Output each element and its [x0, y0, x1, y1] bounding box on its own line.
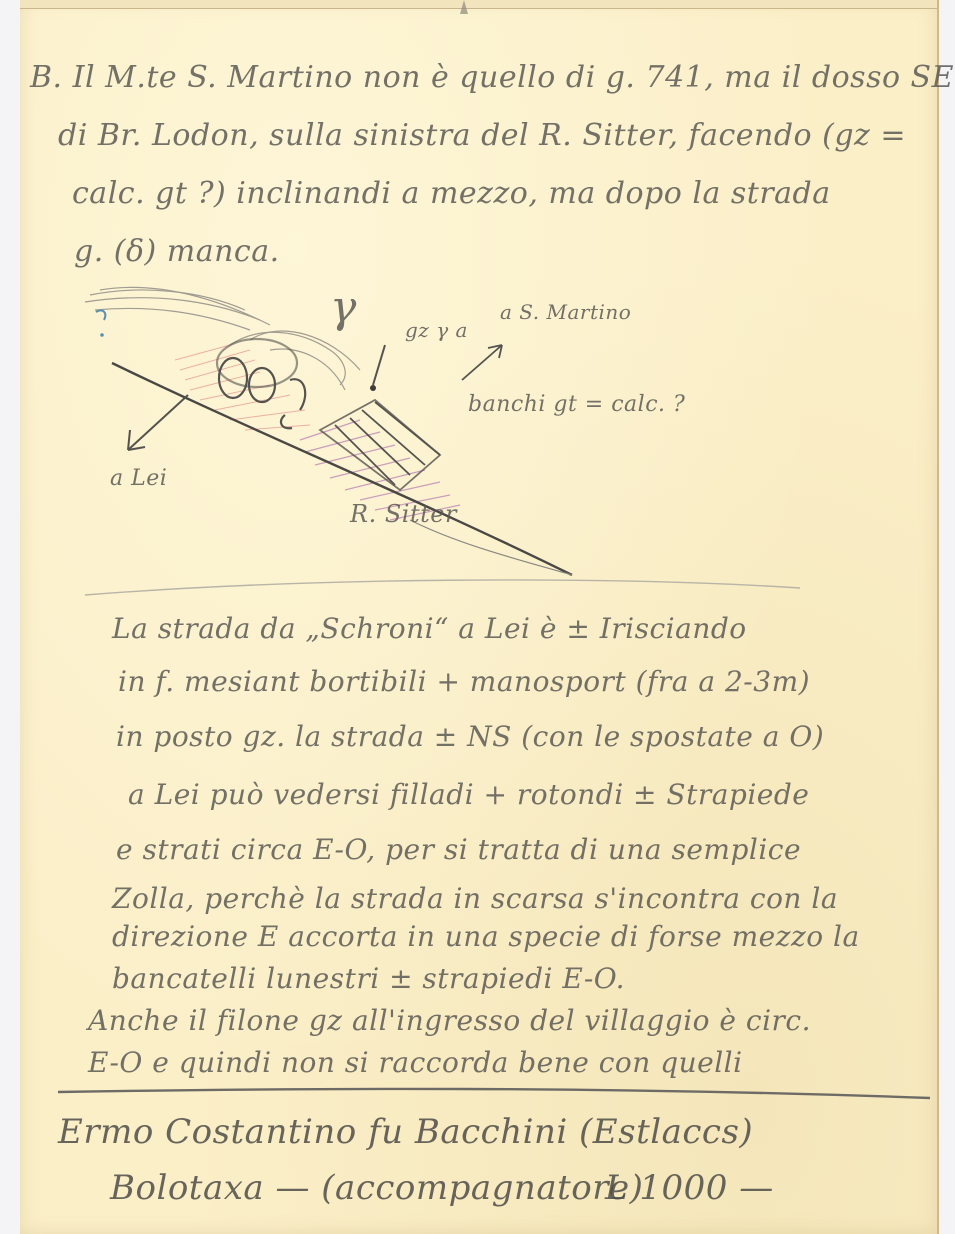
bottom-note-amount: L 1000 — [605, 1168, 774, 1208]
middle-note-line-10: E-O e quindi non si raccorda bene con qu… [88, 1046, 743, 1079]
sketch-label-r-sitter: R. Sitter [350, 500, 457, 528]
middle-note-line-9: Anche il filone gz all'ingresso del vill… [88, 1004, 811, 1037]
middle-note-line-6: Zolla, perchè la strada in scarsa s'inco… [112, 882, 838, 915]
bottom-note-line-2: Bolotaxa — (accompagnatore) [110, 1168, 643, 1208]
sketch-label-gz: gz γ a [405, 318, 468, 342]
sketch-label-to-s-martino: a S. Martino [500, 300, 631, 324]
middle-note-line-7: direzione E accorta in una specie di for… [112, 920, 860, 953]
sketch-label-gamma: γ [330, 282, 357, 333]
middle-note-line-2: in f. mesiant bortibili + manosport (fra… [118, 665, 810, 698]
middle-note-line-3: in posto gz. la strada ± NS (con le spos… [116, 720, 824, 753]
middle-note-line-8: bancatelli lunestri ± strapiedi E-O. [112, 962, 625, 995]
middle-note-line-1: La strada da „Schroni“ a Lei è ± Iriscia… [112, 612, 747, 645]
sketch-label-banchi: banchi gt = calc. ? [468, 392, 685, 417]
middle-note-line-5: e strati circa E-O, per si tratta di una… [116, 833, 801, 866]
geological-sketch [0, 0, 955, 620]
sketch-label-a-lei: a Lei [110, 466, 167, 491]
separator-line [0, 1080, 955, 1110]
middle-note-line-4: a Lei può vedersi filladi + rotondi ± St… [128, 778, 809, 811]
bottom-note-line-1: Ermo Costantino fu Bacchini (Estlaccs) [58, 1112, 753, 1152]
